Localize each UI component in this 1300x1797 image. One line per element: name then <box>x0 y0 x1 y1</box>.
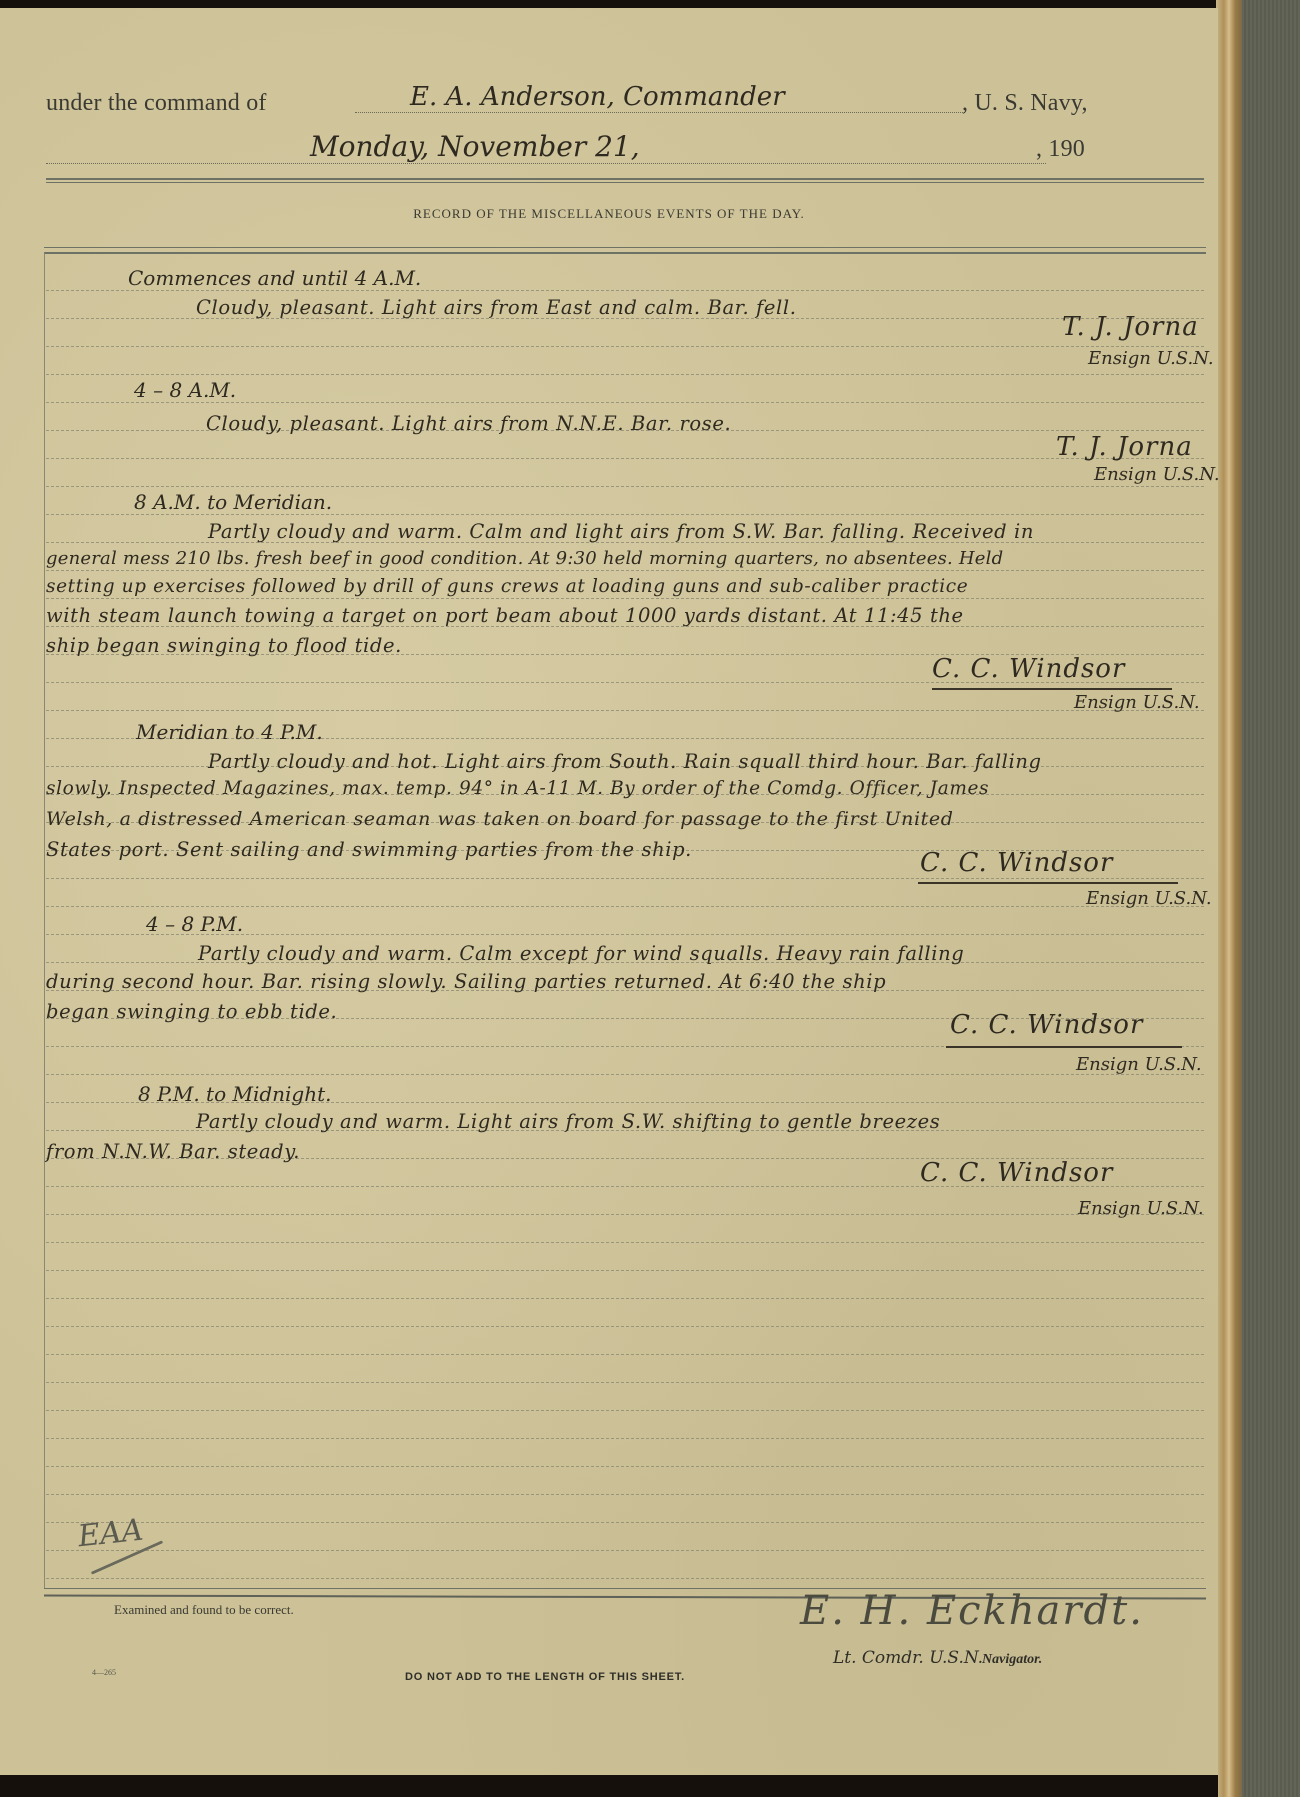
entry-line: setting up exercises followed by drill o… <box>46 576 968 597</box>
date-handwritten: Monday, November 21, <box>310 130 640 163</box>
signature-name: T. J. Jorna <box>1056 432 1193 462</box>
record-title: RECORD OF THE MISCELLANEOUS EVENTS OF TH… <box>0 206 1218 222</box>
signature-name: C. C. Windsor <box>950 1010 1143 1040</box>
entry-line: Cloudy, pleasant. Light airs from East a… <box>196 296 797 319</box>
signature-name: T. J. Jorna <box>1062 312 1199 342</box>
signature-underline <box>932 688 1172 690</box>
entry-line: Partly cloudy and warm. Calm and light a… <box>208 520 1034 543</box>
form-number: 4—265 <box>92 1668 116 1677</box>
signature-rank: Ensign U.S.N. <box>1074 692 1200 713</box>
navigator-title: Navigator. <box>982 1652 1042 1668</box>
entry-line: States port. Sent sailing and swimming p… <box>46 838 692 861</box>
entry-line: Welsh, a distressed American seaman was … <box>46 808 953 830</box>
year-printed: , 190 <box>1036 136 1085 163</box>
entry-line: Partly cloudy and warm. Light airs from … <box>196 1110 940 1133</box>
signature-rank: Ensign U.S.N. <box>1076 1054 1202 1075</box>
signature-name: C. C. Windsor <box>920 1158 1113 1188</box>
command-prefix: under the command of <box>46 90 267 117</box>
examined-text: Examined and found to be correct. <box>114 1602 294 1618</box>
navigator-signature: E. H. Eckhardt. <box>800 1588 1144 1634</box>
box-top-rule <box>44 247 1206 248</box>
entry-line: Partly cloudy and warm. Calm except for … <box>198 942 964 965</box>
entry-line: during second hour. Bar. rising slowly. … <box>46 970 886 993</box>
command-suffix: , U. S. Navy, <box>962 90 1088 117</box>
signature-rank: Ensign U.S.N. <box>1088 348 1214 369</box>
page-edge <box>1216 0 1242 1797</box>
header-divider <box>46 178 1204 183</box>
signature-underline <box>918 882 1178 884</box>
entry-heading: 8 A.M. to Meridian. <box>134 490 332 514</box>
entry-line: with steam launch towing a target on por… <box>46 604 964 627</box>
entry-heading: 4 – 8 A.M. <box>134 378 236 402</box>
signature-rank: Ensign U.S.N. <box>1078 1198 1204 1219</box>
length-notice: DO NOT ADD TO THE LENGTH OF THIS SHEET. <box>405 1671 685 1683</box>
entry-line: Cloudy, pleasant. Light airs from N.N.E.… <box>206 412 731 435</box>
page-shadow <box>0 1775 1218 1797</box>
entry-line: ship began swinging to flood tide. <box>46 634 402 657</box>
entry-line: from N.N.W. Bar. steady. <box>46 1140 300 1163</box>
entry-line: general mess 210 lbs. fresh beef in good… <box>46 548 1003 569</box>
book-cover <box>1240 0 1300 1797</box>
log-page: under the command of E. A. Anderson, Com… <box>0 8 1218 1783</box>
signature-name: C. C. Windsor <box>932 654 1125 684</box>
signature-rank: Ensign U.S.N. <box>1094 464 1220 485</box>
signature-name: C. C. Windsor <box>920 848 1113 878</box>
margin-initials: EAA <box>76 1513 145 1555</box>
entry-line: began swinging to ebb tide. <box>46 1000 337 1023</box>
commander-name: E. A. Anderson, Commander <box>410 82 785 112</box>
entry-line: slowly. Inspected Magazines, max. temp. … <box>46 778 989 799</box>
entry-heading: Commences and until 4 A.M. <box>128 266 421 290</box>
commander-field-line <box>355 112 965 113</box>
signature-rank: Ensign U.S.N. <box>1086 888 1212 909</box>
entry-line: Partly cloudy and hot. Light airs from S… <box>208 750 1042 773</box>
date-field-line <box>46 163 1046 164</box>
entry-heading: Meridian to 4 P.M. <box>136 720 323 744</box>
navigator-rank: Lt. Comdr. U.S.N. <box>833 1648 983 1668</box>
entry-heading: 4 – 8 P.M. <box>146 912 243 936</box>
entry-heading: 8 P.M. to Midnight. <box>138 1082 332 1106</box>
signature-underline <box>946 1046 1182 1048</box>
